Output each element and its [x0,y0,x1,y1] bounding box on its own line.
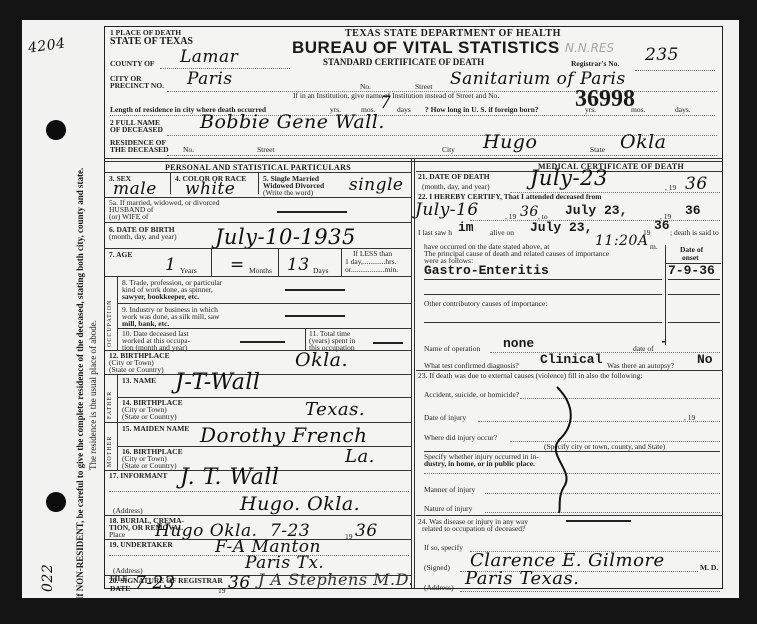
informant-label: 17. INFORMANT [109,472,167,480]
dod-year: 36 [685,174,708,194]
spouse-dash [277,211,347,213]
days-label: days [397,106,411,114]
foreign-days-label: days. [675,106,691,114]
informant-address-label: (Address) [113,507,143,515]
dod-label-1: 21. DATE OF DEATH [418,173,490,181]
autopsy-value: No [697,352,713,367]
from-year: 36 [520,204,539,220]
pencil-note: N.N.RES [565,41,614,55]
md-label: M. D. [700,564,718,572]
nature-label: Nature of injury [424,505,472,513]
strike-through-mark [545,385,585,515]
birthplace-label-3: (State or Country) [109,366,164,374]
father-name-label: 13. NAME [122,377,156,385]
institution-note: If in an Institution, give name of Insti… [293,92,499,100]
dob-value: July-10-1935 [215,225,356,249]
burial-year: 36 [355,521,378,541]
burial-label-3: Place [109,531,125,539]
date-of-death: July-23 [530,166,608,190]
father-birthplace: Texas. [305,399,365,420]
to-year: 36 [685,203,701,218]
operation-label: Name of operation [424,345,480,353]
last-worked-dash [240,341,285,343]
attended-from: July-16 [415,200,479,220]
deceased-name: Bobbie Gene Wall. [200,111,385,133]
file-year-prefix: 19 [218,587,226,595]
foreign-mos-label: mos. [631,106,645,114]
undertaker-label: 19. UNDERTAKER [109,541,173,549]
spouse-label-3: (or) WIFE of [109,213,148,221]
age-label: 7. AGE [109,251,132,259]
contributory-label: Other contributory causes of importance: [424,300,547,308]
residence-state: Okla [620,131,667,153]
trade-dash [285,289,345,291]
father-bp-label-3: (State or Country) [122,413,177,421]
last-saw-label: I last saw h [418,229,452,237]
signed-label: (Signed) [424,564,450,572]
physician-address: Paris Texas. [465,568,579,589]
age-years: 1 [165,255,176,275]
occupation-related-dash [566,520,631,522]
date-label: DATE [110,585,130,593]
registrar-no-label: Registrar's No. [571,60,619,68]
dob-label-2: (month, day, and year) [109,233,177,241]
manner-label: Manner of injury [424,486,475,494]
last-saw-pronoun: im [458,220,474,235]
age-months: = [230,255,245,275]
city-label-2: PRECINCT NO. [110,82,164,90]
attended-to: July 23, [565,203,627,218]
diagnosis-test: Clinical [540,352,602,367]
residence-state-label: State [590,146,605,154]
occupation-side-label: OCCUPATION [107,300,113,347]
if-so-label: If so, specify [424,544,463,552]
injury-where-label: Where did injury occur? [424,434,497,442]
industry-dash [285,315,345,317]
onset-label-2: onset [682,254,699,262]
file-label: FILE [110,575,128,583]
personal-section-title: PERSONAL AND STATISTICAL PARTICULARS [165,163,351,172]
punch-hole-top [46,120,66,140]
bureau-title: BUREAU OF VITAL STATISTICS [292,38,560,58]
age-days: 13 [287,255,310,275]
mother-name: Dorothy French [200,423,368,447]
mother-bp-label-3: (State or Country) [122,462,177,470]
residence-city-label: City [442,146,455,154]
test-label: What test confirmed diagnosis? [424,362,519,370]
industry-label-3: mill, bank, etc. [122,320,169,328]
side-instruction-line2: The residence is the usual place of abod… [88,320,98,470]
autopsy-label: Was there an autopsy? [607,362,674,370]
injury-date-label: Date of injury [424,414,466,422]
birthplace-value: Okla. [295,349,348,371]
alive-on-label: alive on [490,229,514,237]
street-label: Street [415,83,433,91]
certificate-number: 36998 [575,86,635,113]
county-label: COUNTY OF [110,60,155,68]
foreign-yrs-label: yrs. [585,106,596,114]
accident-label: Accident, suicide, or homicide? [424,391,519,399]
father-name: J-T-Wall [175,370,260,395]
trade-label-3: sawyer, bookkeeper, etc. [122,293,199,301]
months-label: Months [249,267,272,275]
foreign-born-label: ? How long in U. S. if foreign born? [425,106,539,114]
registrar-signature: J A Stephens M.D. [258,570,414,589]
total-time-dash [373,342,403,344]
father-side-label: FATHER [107,391,113,419]
mother-name-label: 15. MAIDEN NAME [122,425,189,433]
form-title: STANDARD CERTIFICATE OF DEATH [323,57,484,67]
marital-value: single [349,175,404,195]
sex-value: male [113,179,157,199]
dod-label-2: (month, day, and year) [422,183,490,191]
residence-street-label: Street [257,146,275,154]
state-label: STATE OF TEXAS [110,36,193,47]
specify-where-2: dustry, in home, or in public place. [424,460,535,468]
file-date: 7-23 [135,573,175,593]
last-saw-date: July 23, [530,220,592,235]
punch-hole-bottom [46,492,66,512]
physician-address-label: (Address) [424,584,454,592]
days-label: Days [313,267,328,275]
onset-date: 7-9-36 [668,263,715,278]
time-of-death: 11:20A [595,233,648,249]
informant-name: J. T. Wall [180,465,279,490]
residence-no-label: No. [183,146,194,154]
operation-value: none [503,336,534,351]
informant-address: Hugo. Okla. [240,493,360,515]
registrar-no: 235 [645,45,679,65]
mother-side-label: MOTHER [107,436,113,467]
occupation-related-2: related to occupation of deceased? [422,525,525,533]
operation-date: - [660,334,668,349]
less-day-3: or..................min. [345,266,398,274]
name-label-2: OF DECEASED [110,126,163,134]
margin-number-bottom: 022 [40,564,56,592]
dod-year-prefix: , 19 [665,184,676,192]
principal-cause: Gastro-Enteritis [424,263,549,278]
external-causes-label: 23. If death was due to external causes … [418,372,643,380]
said-to-label: ; death is said to [670,229,719,237]
file-year: 36 [228,573,251,593]
years-label: Years [180,267,197,275]
city-value: Paris [187,69,233,89]
residence-months: 7 [380,93,391,113]
race-value: white [185,179,235,199]
last-saw-year: 36 [654,218,670,233]
county-value: Lamar [180,47,238,67]
m-label: m. [650,243,658,251]
residence-city: Hugo [483,131,537,153]
marital-label-3: (Write the word) [263,189,313,197]
certificate-form: 1 PLACE OF DEATH STATE OF TEXAS TEXAS ST… [104,26,723,589]
residence-label-2: THE DECEASED [110,146,169,154]
mother-birthplace: La. [345,446,375,467]
no-label: No. [360,83,371,91]
side-instruction-line1: If NON-RESIDENT, be careful to give the … [75,168,85,600]
